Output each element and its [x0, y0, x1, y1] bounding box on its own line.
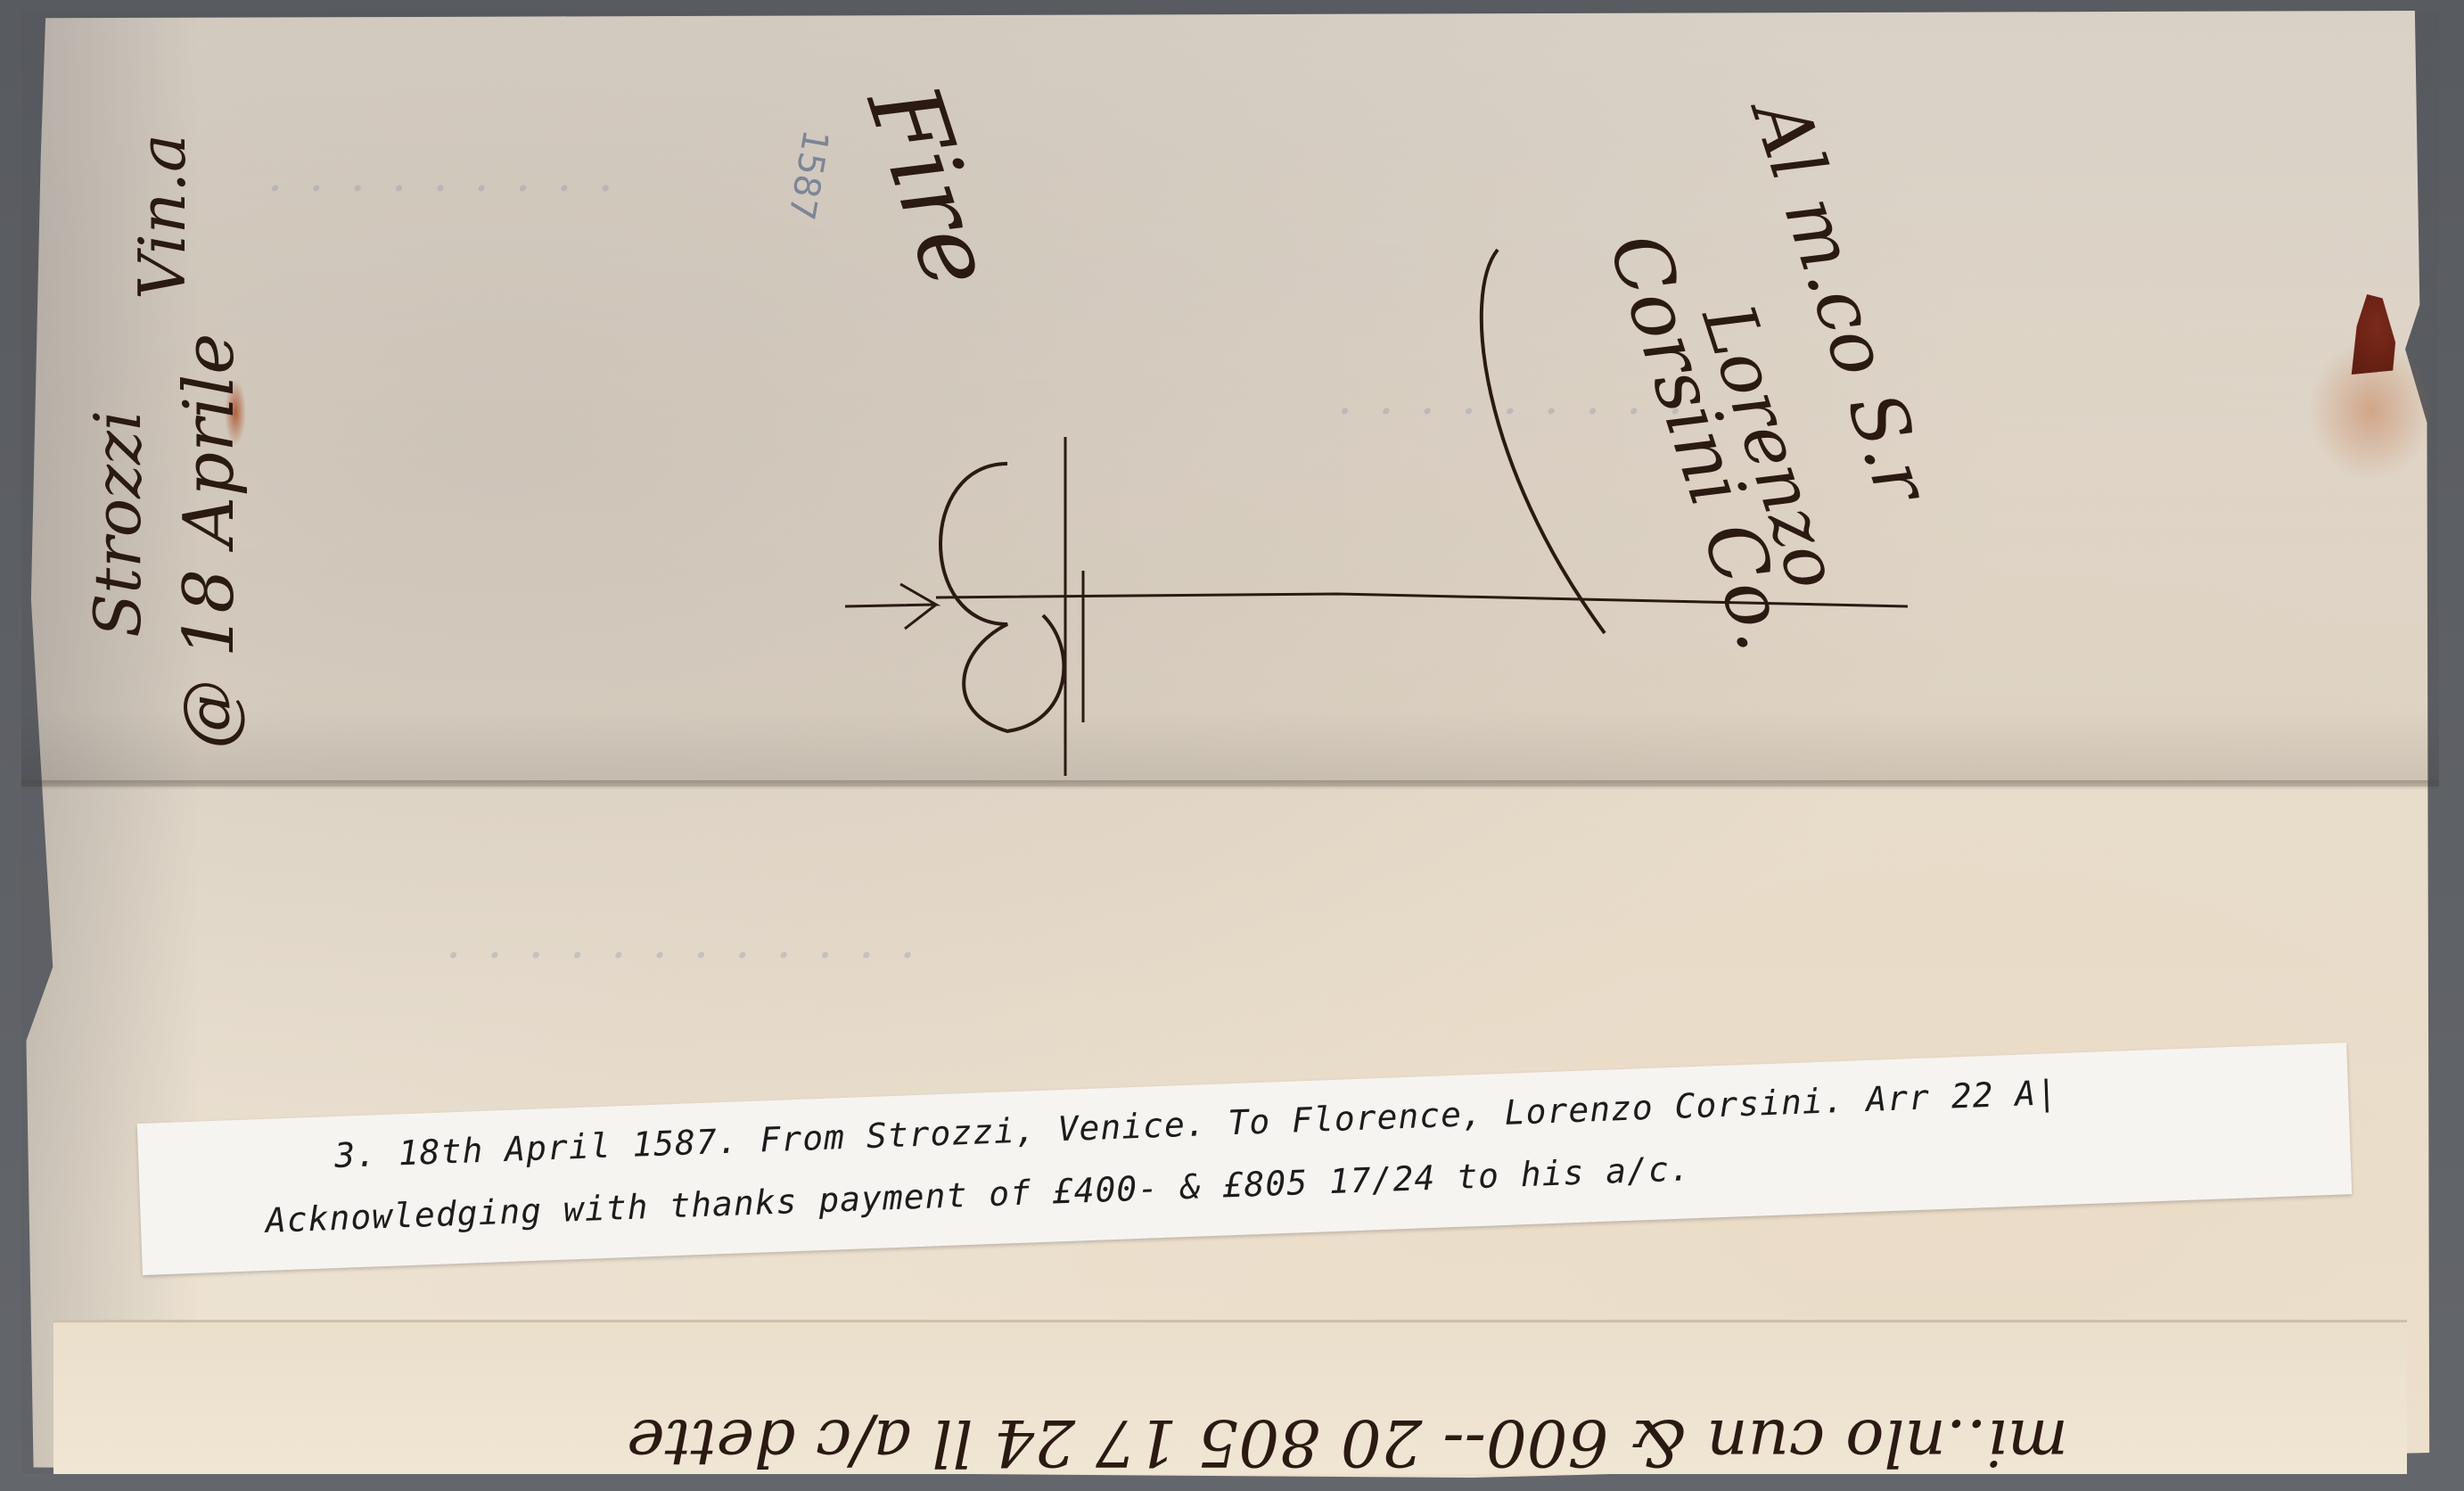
- inverted-letter-text: mi..nlo cun & 600-- 20 805 17 24 ll a/c …: [627, 1405, 2068, 1480]
- merchant-mark-icon: [838, 419, 1908, 794]
- show-through-text: · · · · · · · · · · · ·: [446, 927, 921, 984]
- show-through-text: · · · · · · · · ·: [267, 161, 619, 217]
- docket-line-1: Vin.a: [125, 134, 200, 300]
- docket-line-2: Strozzi: [80, 410, 155, 638]
- docket-line-3: @ 18 Aprile: [169, 334, 250, 749]
